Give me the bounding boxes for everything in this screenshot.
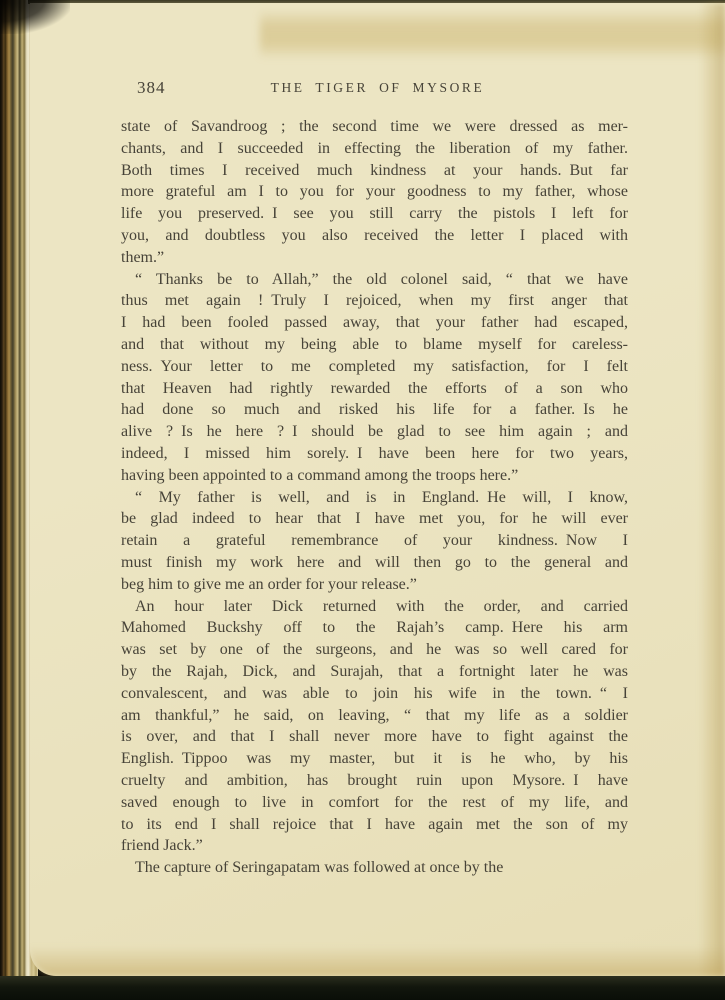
text-line: is over, and that I shall never more hav… [121,726,628,748]
text-line: English. Tippoo was my master, but it is… [121,748,628,770]
text-line: beg him to give me an order for your rel… [121,574,628,596]
text-line: was set by one of the surgeons, and he w… [121,639,628,661]
book-cover-bottom-edge [0,976,725,1000]
text-line: friend Jack.” [121,835,628,857]
text-line: cruelty and ambition, has brought ruin u… [121,770,628,792]
text-line: Both times I received much kindness at y… [121,160,628,182]
page-bottom-shading [30,946,725,976]
text-line: ness. Your letter to me completed my sat… [121,356,628,378]
text-line: that Heaven had rightly rewarded the eff… [121,378,628,400]
text-line: Mahomed Buckshy off to the Rajah’s camp.… [121,617,628,639]
text-line: life you preserved. I see you still carr… [121,203,628,225]
text-line: retain a grateful remembrance of your ki… [121,530,628,552]
text-line: “ Thanks be to Allah,” the old colonel s… [121,269,628,291]
text-line: and that without my being able to blame … [121,334,628,356]
text-line: state of Savandroog ; the second time we… [121,116,628,138]
text-line: you, and doubtless you also received the… [121,225,628,247]
text-line: must finish my work here and will then g… [121,552,628,574]
text-line: had done so much and risked his life for… [121,399,628,421]
text-line: The capture of Seringapatam was followed… [121,857,628,879]
page-top-shading [260,9,725,57]
text-line: more grateful am I to you for your goodn… [121,181,628,203]
text-line: chants, and I succeeded in effecting the… [121,138,628,160]
text-line: them.” [121,247,628,269]
scanned-book-photo: 384 THE TIGER OF MYSORE state of Savandr… [0,0,725,1000]
text-line: alive ? Is he here ? I should be glad to… [121,421,628,443]
text-line: by the Rajah, Dick, and Surajah, that a … [121,661,628,683]
text-line: thus met again ! Truly I rejoiced, when … [121,290,628,312]
text-line: “ My father is well, and is in England. … [121,487,628,509]
corner-shadow [0,0,70,34]
text-line: indeed, I missed him sorely. I have been… [121,443,628,465]
text-line: An hour later Dick returned with the ord… [121,596,628,618]
text-line: I had been fooled passed away, that your… [121,312,628,334]
text-line: to its end I shall rejoice that I have a… [121,814,628,836]
text-line: saved enough to live in comfort for the … [121,792,628,814]
text-line: am thankful,” he said, on leaving, “ tha… [121,705,628,727]
running-title: THE TIGER OF MYSORE [121,80,634,96]
running-header: 384 THE TIGER OF MYSORE [121,78,628,100]
page-right-shading [699,3,725,976]
text-line: be glad indeed to hear that I have met y… [121,508,628,530]
text-line: convalescent, and was able to join his w… [121,683,628,705]
text-line: having been appointed to a command among… [121,465,628,487]
text-block: state of Savandroog ; the second time we… [121,116,628,879]
